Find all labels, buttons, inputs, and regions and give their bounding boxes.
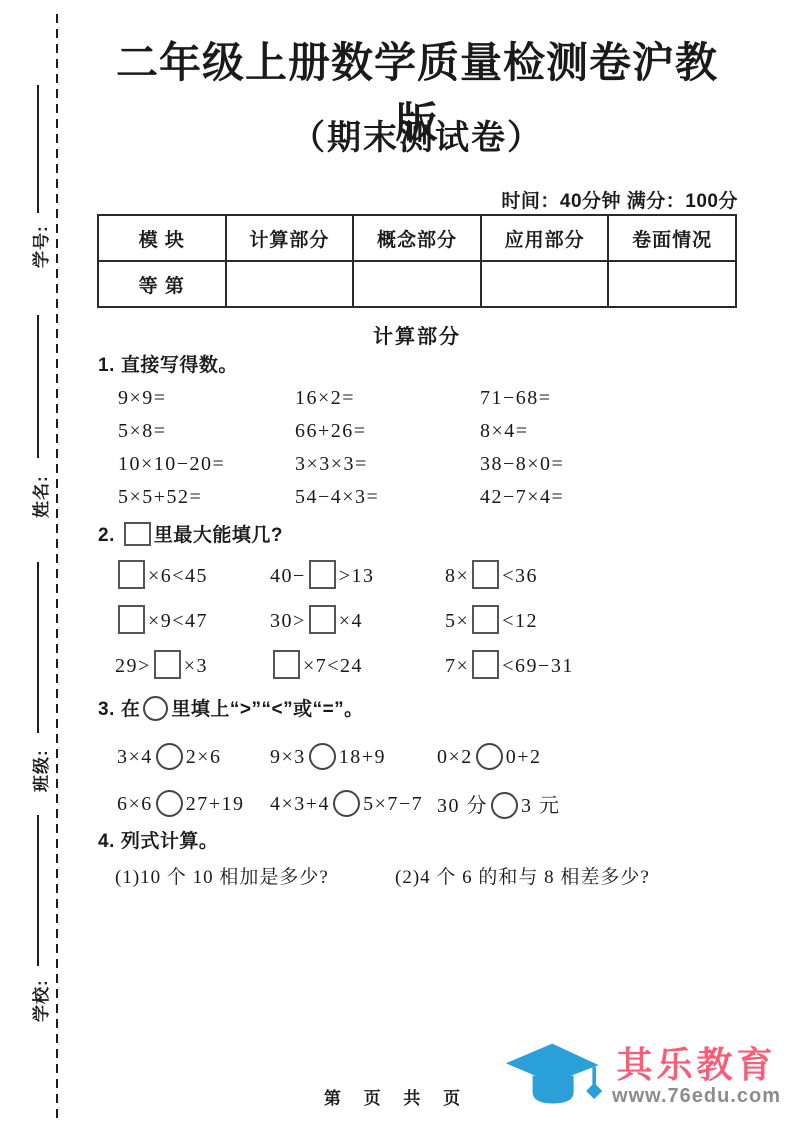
expression-row: ×9<4730>×45×<12 <box>96 597 738 642</box>
expression-text: 4×3+4 <box>270 793 330 815</box>
answer-circle <box>476 743 503 770</box>
answer-box <box>472 605 499 634</box>
expression-text: 里填上“>”“<”或“=”。 <box>171 699 363 720</box>
expression-row: 5×5+52=54−4×3=42−7×4= <box>96 481 738 514</box>
expression-text: <69−31 <box>502 655 574 677</box>
expression: 9×318+9 <box>270 743 437 770</box>
question-2-expressions: ×6<4540−>138×<36×9<4730>×45×<1229>×3×7<2… <box>96 552 738 687</box>
expression-text: 6×6 <box>117 793 153 815</box>
graduation-cap-icon <box>504 1034 612 1119</box>
expression-text: ×7<24 <box>303 655 363 677</box>
expression-text: ×4 <box>339 610 363 632</box>
brand-text-block: 其乐教育 www.76edu.com <box>612 1046 781 1108</box>
expression-text: 30 分 <box>437 795 488 817</box>
question-4-heading: 4.列式计算。 <box>98 826 218 853</box>
brand-url: www.76edu.com <box>612 1086 781 1107</box>
answer-box <box>118 605 145 634</box>
expression-text: <36 <box>502 565 538 587</box>
score-header-compute: 计算部分 <box>226 215 354 261</box>
expression: 6×627+19 <box>117 790 270 817</box>
expression: 7×<69−31 <box>445 650 738 679</box>
expression-row: 9×9=16×2=71−68= <box>96 382 738 415</box>
expression-row: 29>×3×7<247×<69−31 <box>96 642 738 687</box>
expression: 5×<12 <box>445 605 738 634</box>
expression: 29>×3 <box>115 650 270 679</box>
seal-cutting-line <box>56 14 58 1122</box>
expression-text: <12 <box>502 610 538 632</box>
expression-row: 6×627+194×3+45×7−730 分3 元 <box>96 780 738 827</box>
expression: 16×2= <box>295 387 480 410</box>
expression: 42−7×4= <box>480 486 738 509</box>
expression: 4×3+45×7−7 <box>270 790 437 817</box>
expression: 8×4= <box>480 420 738 443</box>
question-1-number: 1. <box>98 355 115 376</box>
school-blank-line <box>37 815 39 966</box>
name-label: 姓名: <box>27 475 52 518</box>
expression-text: 27+19 <box>186 793 245 815</box>
class-label: 班级: <box>27 749 52 792</box>
expression: 38−8×0= <box>480 453 738 476</box>
answer-box <box>309 605 336 634</box>
expression-text: 5×7−7 <box>363 793 423 815</box>
question-4-title: 列式计算。 <box>121 831 219 852</box>
expression: ×7<24 <box>270 650 445 679</box>
expression: 5×8= <box>118 420 295 443</box>
expression: 5×5+52= <box>118 486 295 509</box>
expression: 30 分3 元 <box>437 789 738 819</box>
expression: 30>×4 <box>270 605 445 634</box>
score-table: 模 块 计算部分 概念部分 应用部分 卷面情况 等 第 <box>97 214 737 308</box>
school-label: 学校: <box>27 979 52 1022</box>
question-3-expressions: 3×42×69×318+90×20+26×627+194×3+45×7−730 … <box>96 733 738 827</box>
score-table-grade-row: 等 第 <box>98 261 736 307</box>
question-1-heading: 1.直接写得数。 <box>98 350 238 377</box>
expression: 3×3×3= <box>295 453 480 476</box>
expression: 10×10−20= <box>118 453 295 476</box>
grade-row-label: 等 第 <box>98 261 226 307</box>
expression: (1)10 个 10 相加是多少? <box>115 862 395 889</box>
question-3-heading: 3.在里填上“>”“<”或“=”。 <box>98 694 364 721</box>
section-title: 计算部分 <box>96 320 738 349</box>
expression: 54−4×3= <box>295 486 480 509</box>
expression-row: 10×10−20=3×3×3=38−8×0= <box>96 448 738 481</box>
expression: (2)4 个 6 的和与 8 相差多少? <box>395 862 738 889</box>
question-4-items: (1)10 个 10 相加是多少?(2)4 个 6 的和与 8 相差多少? <box>96 860 738 890</box>
expression: 40−>13 <box>270 560 445 589</box>
expression-text: 3×4 <box>117 746 153 768</box>
answer-box <box>154 650 181 679</box>
expression-text: ×6<45 <box>148 565 208 587</box>
expression-text: 18+9 <box>339 746 386 768</box>
exam-meta: 时间：40分钟 满分：100分 <box>96 186 738 213</box>
score-header-applied: 应用部分 <box>481 215 609 261</box>
answer-box <box>124 522 151 546</box>
expression-text: 5× <box>445 610 469 632</box>
expression: 9×9= <box>118 387 295 410</box>
expression-text: 2×6 <box>186 746 222 768</box>
expression-row: 3×42×69×318+90×20+2 <box>96 733 738 780</box>
question-2-number: 2. <box>98 525 115 546</box>
answer-circle <box>491 792 518 819</box>
class-blank-line <box>37 562 39 733</box>
grade-cell-empty <box>481 261 609 307</box>
answer-box <box>472 650 499 679</box>
brand-name: 其乐教育 <box>617 1046 777 1084</box>
score-header-concept: 概念部分 <box>353 215 481 261</box>
grade-cell-empty <box>226 261 354 307</box>
expression-text: 3 元 <box>521 795 561 817</box>
question-2-heading: 2.里最大能填几? <box>98 520 283 547</box>
expression-text: 8× <box>445 565 469 587</box>
expression-text: 30> <box>270 610 306 632</box>
grade-cell-empty <box>353 261 481 307</box>
expression-row: 5×8=66+26=8×4= <box>96 415 738 448</box>
expression: 0×20+2 <box>437 743 738 770</box>
expression-text: 29> <box>115 655 151 677</box>
answer-box <box>309 560 336 589</box>
expression-text: ×9<47 <box>148 610 208 632</box>
score-header-neatness: 卷面情况 <box>608 215 736 261</box>
question-3-title: 在里填上“>”“<”或“=”。 <box>121 699 364 720</box>
question-4-number: 4. <box>98 831 115 852</box>
question-1-title: 直接写得数。 <box>121 355 238 376</box>
expression-text: 9×3 <box>270 746 306 768</box>
answer-box <box>472 560 499 589</box>
expression: 71−68= <box>480 387 738 410</box>
answer-circle <box>333 790 360 817</box>
expression-text: 在 <box>121 699 141 720</box>
expression-text: 里最大能填几? <box>154 525 283 546</box>
student-id-label: 学号: <box>27 225 52 268</box>
expression: 66+26= <box>295 420 480 443</box>
answer-circle <box>143 696 168 721</box>
expression: 8×<36 <box>445 560 738 589</box>
expression-text: 40− <box>270 565 306 587</box>
score-header-module: 模 块 <box>98 215 226 261</box>
expression-row: (1)10 个 10 相加是多少?(2)4 个 6 的和与 8 相差多少? <box>96 860 738 890</box>
name-blank-line <box>37 315 39 458</box>
expression-row: ×6<4540−>138×<36 <box>96 552 738 597</box>
expression-text: ×3 <box>184 655 208 677</box>
expression: ×9<47 <box>115 605 270 634</box>
expression-text: >13 <box>339 565 375 587</box>
question-1-expressions: 9×9=16×2=71−68=5×8=66+26=8×4=10×10−20=3×… <box>96 382 738 514</box>
grade-cell-empty <box>608 261 736 307</box>
expression-text: 0+2 <box>506 746 542 768</box>
score-table-header-row: 模 块 计算部分 概念部分 应用部分 卷面情况 <box>98 215 736 261</box>
answer-box <box>273 650 300 679</box>
answer-circle <box>156 790 183 817</box>
answer-circle <box>156 743 183 770</box>
brand-logo: 其乐教育 www.76edu.com <box>504 1034 781 1119</box>
expression: ×6<45 <box>115 560 270 589</box>
expression-text: 0×2 <box>437 746 473 768</box>
expression-text: 7× <box>445 655 469 677</box>
page-subtitle: （期末测试卷） <box>96 110 738 159</box>
question-3-number: 3. <box>98 699 115 720</box>
expression: 3×42×6 <box>117 743 270 770</box>
question-2-title: 里最大能填几? <box>121 525 283 546</box>
student-id-blank-line <box>37 85 39 213</box>
answer-circle <box>309 743 336 770</box>
exam-paper-page: 学号: 姓名: 班级: 学校: 二年级上册数学质量检测卷沪教版 （期末测试卷） … <box>0 0 793 1122</box>
answer-box <box>118 560 145 589</box>
